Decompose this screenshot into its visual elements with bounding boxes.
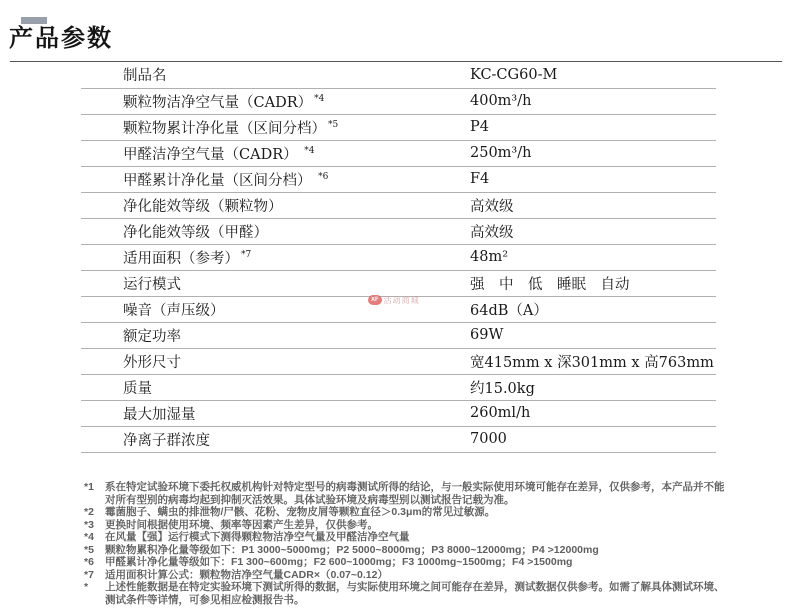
spec-table-body: 制品名KC-CG60-M颗粒物洁净空气量（CADR）*4400m³/h颗粒物累计… xyxy=(81,62,716,452)
footnote-item-text: 颗粒物累积净化量等级如下：P1 3000~5000mg；P2 5000~8000… xyxy=(105,544,734,557)
footnote-item-text: 系在特定试验环境下委托权威机构针对特定型号的病毒测试所得的结论，与一般实际使用环… xyxy=(105,481,734,506)
page-title: 产品参数 xyxy=(9,24,113,54)
table-row: 适用面积（参考）*748m² xyxy=(81,244,716,270)
watermark: XF 活动商城 xyxy=(368,294,420,306)
spec-value: 69W xyxy=(470,322,716,348)
spec-value: 7000 xyxy=(470,426,716,452)
spec-label: 外形尺寸 xyxy=(81,348,470,374)
shop-logo-icon: XF xyxy=(368,295,382,305)
footnote-item: *上述性能数据是在特定实验环境下测试所得的数据，与实际使用环境之间可能存在差异，… xyxy=(84,581,734,606)
table-row: 外形尺寸宽415mm x 深301mm x 高763mm xyxy=(81,348,716,374)
table-row: 净离子群浓度7000 xyxy=(81,426,716,452)
spec-label: 甲醛洁净空气量（CADR） *4 xyxy=(81,140,470,166)
table-row: 颗粒物累计净化量（区间分档）*5P4 xyxy=(81,114,716,140)
spec-value: 强 中 低 睡眠 自动 xyxy=(470,270,716,296)
footnote-item: *6甲醛累计净化量等级如下：F1 300~600mg；F2 600~1000mg… xyxy=(84,556,734,569)
table-row: 甲醛累计净化量（区间分档） *6F4 xyxy=(81,166,716,192)
spec-value: 48m² xyxy=(470,244,716,270)
footnote-item-text: 在风量【强】运行模式下测得颗粒物洁净空气量及甲醛洁净空气量 xyxy=(105,531,734,544)
spec-value: 64dB（A） xyxy=(470,296,716,322)
spec-value: 高效级 xyxy=(470,218,716,244)
spec-label: 净化能效等级（甲醛） xyxy=(81,218,470,244)
footnotes: *1系在特定试验环境下委托权威机构针对特定型号的病毒测试所得的结论，与一般实际使… xyxy=(84,481,734,606)
footnote-item: *1系在特定试验环境下委托权威机构针对特定型号的病毒测试所得的结论，与一般实际使… xyxy=(84,481,734,506)
footnote-item-marker: *3 xyxy=(84,519,105,532)
spec-label: 颗粒物累计净化量（区间分档）*5 xyxy=(81,114,470,140)
spec-value: 宽415mm x 深301mm x 高763mm xyxy=(470,348,716,374)
footnote-marker: *4 xyxy=(304,146,314,156)
spec-value: KC-CG60-M xyxy=(470,62,716,88)
spec-value: 260ml/h xyxy=(470,400,716,426)
spec-value: 400m³/h xyxy=(470,88,716,114)
footnote-marker: *5 xyxy=(328,120,338,130)
footnote-item-text: 更换时间根据使用环境、频率等因素产生差异，仅供参考。 xyxy=(105,519,734,532)
footnote-marker: *6 xyxy=(318,172,328,182)
table-row: 制品名KC-CG60-M xyxy=(81,62,716,88)
footnote-item-marker: *1 xyxy=(84,481,105,506)
table-row: 净化能效等级（颗粒物）高效级 xyxy=(81,192,716,218)
footnote-item-marker: *6 xyxy=(84,556,105,569)
table-row: 额定功率69W xyxy=(81,322,716,348)
footnote-item-text: 甲醛累计净化量等级如下：F1 300~600mg；F2 600~1000mg；F… xyxy=(105,556,734,569)
spec-value: P4 xyxy=(470,114,716,140)
table-row: 净化能效等级（甲醛）高效级 xyxy=(81,218,716,244)
spec-label: 额定功率 xyxy=(81,322,470,348)
spec-value: 高效级 xyxy=(470,192,716,218)
footnote-marker: *7 xyxy=(241,250,251,260)
accent-bar xyxy=(21,17,47,24)
spec-label: 净化能效等级（颗粒物） xyxy=(81,192,470,218)
footnote-item: *4在风量【强】运行模式下测得颗粒物洁净空气量及甲醛洁净空气量 xyxy=(84,531,734,544)
spec-label: 制品名 xyxy=(81,62,470,88)
spec-value: F4 xyxy=(470,166,716,192)
spec-value: 250m³/h xyxy=(470,140,716,166)
table-row: 甲醛洁净空气量（CADR） *4250m³/h xyxy=(81,140,716,166)
footnote-item-marker: *5 xyxy=(84,544,105,557)
footnote-item: *2霉菌胞子、螨虫的排泄物/尸骸、花粉、宠物皮屑等颗粒直径＞0.3μm的常见过敏… xyxy=(84,506,734,519)
table-row: 颗粒物洁净空气量（CADR）*4400m³/h xyxy=(81,88,716,114)
footnote-marker: *4 xyxy=(314,94,324,104)
footnote-item-marker: * xyxy=(84,581,105,606)
spec-label: 甲醛累计净化量（区间分档） *6 xyxy=(81,166,470,192)
watermark-text: 活动商城 xyxy=(384,295,420,306)
table-row: 质量约15.0kg xyxy=(81,374,716,400)
spec-table: 制品名KC-CG60-M颗粒物洁净空气量（CADR）*4400m³/h颗粒物累计… xyxy=(81,62,716,453)
footnote-item: *3更换时间根据使用环境、频率等因素产生差异，仅供参考。 xyxy=(84,519,734,532)
spec-label: 最大加湿量 xyxy=(81,400,470,426)
table-row: 最大加湿量260ml/h xyxy=(81,400,716,426)
spec-label: 质量 xyxy=(81,374,470,400)
footnote-item-marker: *4 xyxy=(84,531,105,544)
footnote-item: *7适用面积计算公式：颗粒物洁净空气量CADR×（0.07~0.12） xyxy=(84,569,734,582)
footnote-item-text: 适用面积计算公式：颗粒物洁净空气量CADR×（0.07~0.12） xyxy=(105,569,734,582)
spec-label: 颗粒物洁净空气量（CADR）*4 xyxy=(81,88,470,114)
spec-label: 适用面积（参考）*7 xyxy=(81,244,470,270)
footnote-item-marker: *7 xyxy=(84,569,105,582)
footnote-item: *5颗粒物累积净化量等级如下：P1 3000~5000mg；P2 5000~80… xyxy=(84,544,734,557)
footnote-item-marker: *2 xyxy=(84,506,105,519)
footnote-item-text: 霉菌胞子、螨虫的排泄物/尸骸、花粉、宠物皮屑等颗粒直径＞0.3μm的常见过敏源。 xyxy=(105,506,734,519)
table-row: 运行模式强 中 低 睡眠 自动 xyxy=(81,270,716,296)
spec-label: 运行模式 xyxy=(81,270,470,296)
spec-label: 净离子群浓度 xyxy=(81,426,470,452)
spec-value: 约15.0kg xyxy=(470,374,716,400)
footnote-item-text: 上述性能数据是在特定实验环境下测试所得的数据，与实际使用环境之间可能存在差异，测… xyxy=(105,581,734,606)
